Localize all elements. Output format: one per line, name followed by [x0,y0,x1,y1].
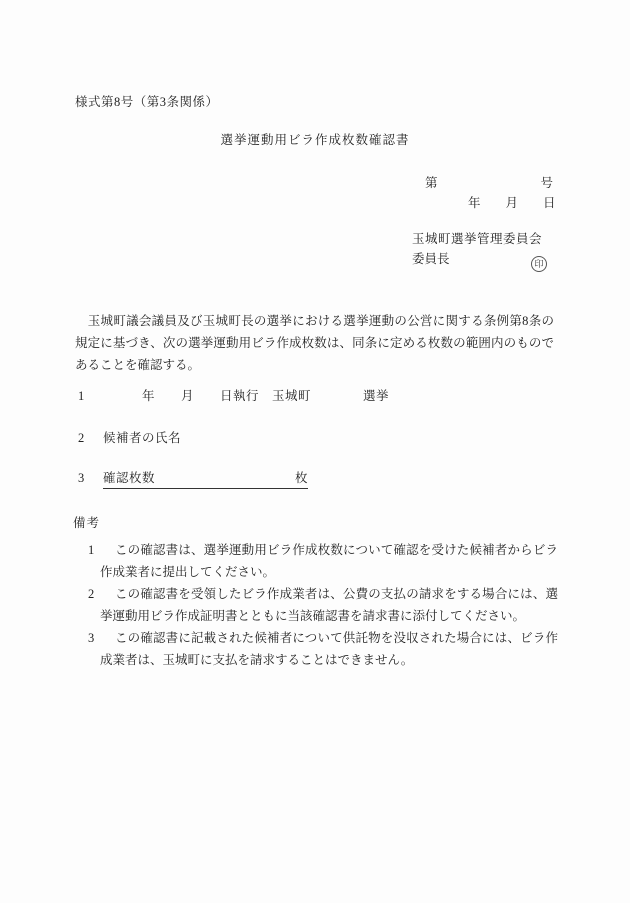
document-page: 様式第8号（第3条関係） 選挙運動用ビラ作成枚数確認書 第 号 年 月 日 玉城… [0,0,630,903]
item-confirmed-count: 3 確認枚数 枚 [78,472,308,489]
remark-text: この確認書を受領したビラ作成業者は、公費の支払の請求をする場合には、選挙運動用ビ… [100,583,558,627]
remark-number: 1 [88,539,94,561]
item-number: 3 [78,472,103,489]
confirmed-count-label: 確認枚数 [103,472,155,485]
confirmed-count-blank [155,472,295,485]
document-title: 選挙運動用ビラ作成枚数確認書 [0,134,630,147]
remark-number: 2 [88,583,94,605]
issuer-organization: 玉城町選挙管理委員会 [412,233,542,246]
remark-item: 1 この確認書は、選挙運動用ビラ作成枚数について確認を受けた候補者からビラ作成業… [88,539,558,583]
document-number-line: 第 号 [425,177,553,190]
confirmed-count-unit: 枚 [295,472,308,485]
form-number-label: 様式第8号（第3条関係） [75,96,219,109]
remark-item: 2 この確認書を受領したビラ作成業者は、公費の支払の請求をする場合には、選挙運動… [88,583,558,627]
seal-icon: 印 [531,256,547,272]
confirmed-count-fill-line: 確認枚数 枚 [103,472,308,489]
remark-text: この確認書は、選挙運動用ビラ作成枚数について確認を受けた候補者からビラ作成業者に… [100,539,558,583]
remark-text: この確認書に記載された候補者について供託物を没収された場合には、ビラ作成業者は、… [100,627,558,671]
document-number-suffix: 号 [540,177,553,190]
remarks-heading: 備考 [73,517,100,530]
remark-number: 3 [88,627,94,649]
confirmation-paragraph: 玉城町議会議員及び玉城町長の選挙における選挙運動の公営に関する条例第8条の規定に… [75,310,554,376]
date-blank-line: 年 月 日 [468,197,556,210]
item-number: 1 [78,390,103,403]
item-election-date-text: 年 月 日執行 玉城町 選挙 [103,390,389,403]
item-election-date: 1 年 月 日執行 玉城町 選挙 [78,390,389,403]
remarks-list: 1 この確認書は、選挙運動用ビラ作成枚数について確認を受けた候補者からビラ作成業… [88,539,558,671]
item-candidate-name-text: 候補者の氏名 [103,432,181,445]
remark-item: 3 この確認書に記載された候補者について供託物を没収された場合には、ビラ作成業者… [88,627,558,671]
item-number: 2 [78,432,103,445]
item-candidate-name: 2 候補者の氏名 [78,432,181,445]
document-number-prefix: 第 [425,177,438,190]
